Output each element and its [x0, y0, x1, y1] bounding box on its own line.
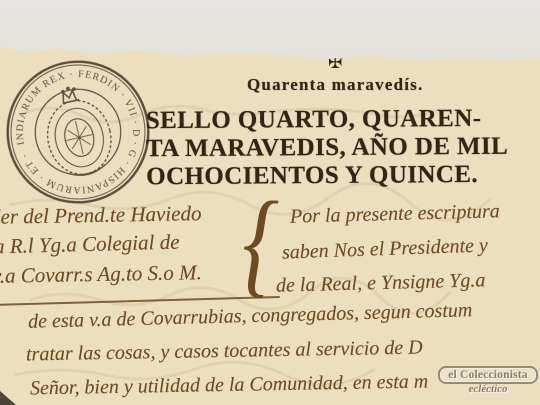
ink-brace-mark: { [241, 188, 279, 298]
stamp-title-line-1: SELLO QUARTO, QUAREN- [146, 105, 508, 136]
stamp-title-line-2: TA MARAVEDIS, AÑO DE MIL [146, 133, 508, 164]
watermark-text-line-2: ecléctico [438, 383, 538, 395]
tax-value-line: Quarenta maravedís. [247, 75, 423, 95]
paper-sheet: INDIARUM REX · FERDIN · VII · D · G · HI… [0, 0, 540, 405]
watermark-badge: el Coleccionista ecléctico [438, 366, 538, 395]
antique-document-photo: INDIARUM REX · FERDIN · VII · D · G · HI… [0, 0, 540, 405]
manuscript-left-line-1: der del Prend.te Haviedo [0, 201, 202, 230]
manuscript-left-line-3: v.a Covarr.s Ag.to S.o M. [0, 260, 202, 289]
watermark-text-line-1: el Coleccionista [442, 369, 534, 381]
watermark-frame: el Coleccionista [438, 366, 538, 384]
stamp-title-line-3: OCHOCIENTOS Y QUINCE. [146, 161, 508, 192]
maltese-cross-icon: ✠ [328, 53, 342, 73]
stamp-title: SELLO QUARTO, QUAREN- TA MARAVEDIS, AÑO … [146, 105, 509, 192]
manuscript-left-line-2: a R.l Yg.a Colegial de [0, 230, 180, 260]
